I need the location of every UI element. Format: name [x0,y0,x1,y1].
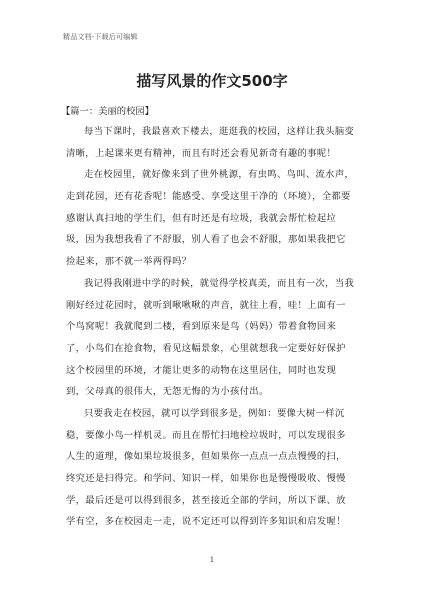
text-line: 学有空，多在校园走一走，说不定还可以得到许多知识和启发喔！ [66,511,356,533]
page-title: 描写风景的作文500字 [0,70,424,91]
text-line: 圾，因为我想我看了不舒服，别人看了也会不舒服，那如果我把它 [66,229,356,251]
text-line: 个鸟窝呢！我就爬到二楼，看到原来是鸟（妈妈）带着食物回来 [66,316,356,338]
text-line: 捡起来，那不就一举两得吗？ [66,251,356,273]
text-line: 只要我走在校园，就可以学到很多是，例如：要像大树一样沉 [66,403,356,425]
text-line: 这个校园里的环境，才能让更多的动物在这里居住，同时也发现 [66,360,356,382]
text-line: 刚好经过花园时，就听到啾啾啾的声音，就往上看，哇！上面有一 [66,295,356,317]
text-line: 学，最后还是可以得到很多，甚至接近全部的学问，所以下课、放 [66,490,356,512]
page-number: 1 [0,556,424,564]
text-line: 清晰，上起课来更有精神，而且有时还会看见新奇有趣的事呢！ [66,143,356,165]
text-line: 稳，要像小鸟一样机灵。而且在帮忙扫地检垃圾时，可以发现很多 [66,425,356,447]
text-line: 终究还是扫得完。和学问、知识一样，如果你也是慢慢吸收、慢慢 [66,468,356,490]
text-line: 我记得我刚进中学的时候，就觉得学校真美，而且有一次，当我 [66,273,356,295]
section-heading: 【篇一：美丽的校园】 [61,103,154,117]
text-line: 走到花园，还有花香呢！能感受、享受这里干净的（环境），全都要 [66,186,356,208]
essay-body: 每当下课时，我最喜欢下楼去，逛逛我的校园，这样让我头脑变 清晰，上起课来更有精神… [66,121,356,533]
text-line: 感谢认真扫地的学生们，但有时还是有垃圾，我就会帮忙检起垃 [66,208,356,230]
text-line: 到，父母真的很伟大，无怨无悔的为小孩付出。 [66,381,356,403]
text-line: 了，小鸟们在抢食物，看见这幅景象，心里就想我一定要好好保护 [66,338,356,360]
header-note: 精品文档-下载后可编辑 [63,32,138,42]
text-line: 每当下课时，我最喜欢下楼去，逛逛我的校园，这样让我头脑变 [66,121,356,143]
text-line: 人生的道理，像如果垃圾很多，但如果你一点点一点点慢慢的扫， [66,446,356,468]
text-line: 走在校园里，就好像来到了世外桃源，有虫鸣、鸟叫、流水声， [66,164,356,186]
